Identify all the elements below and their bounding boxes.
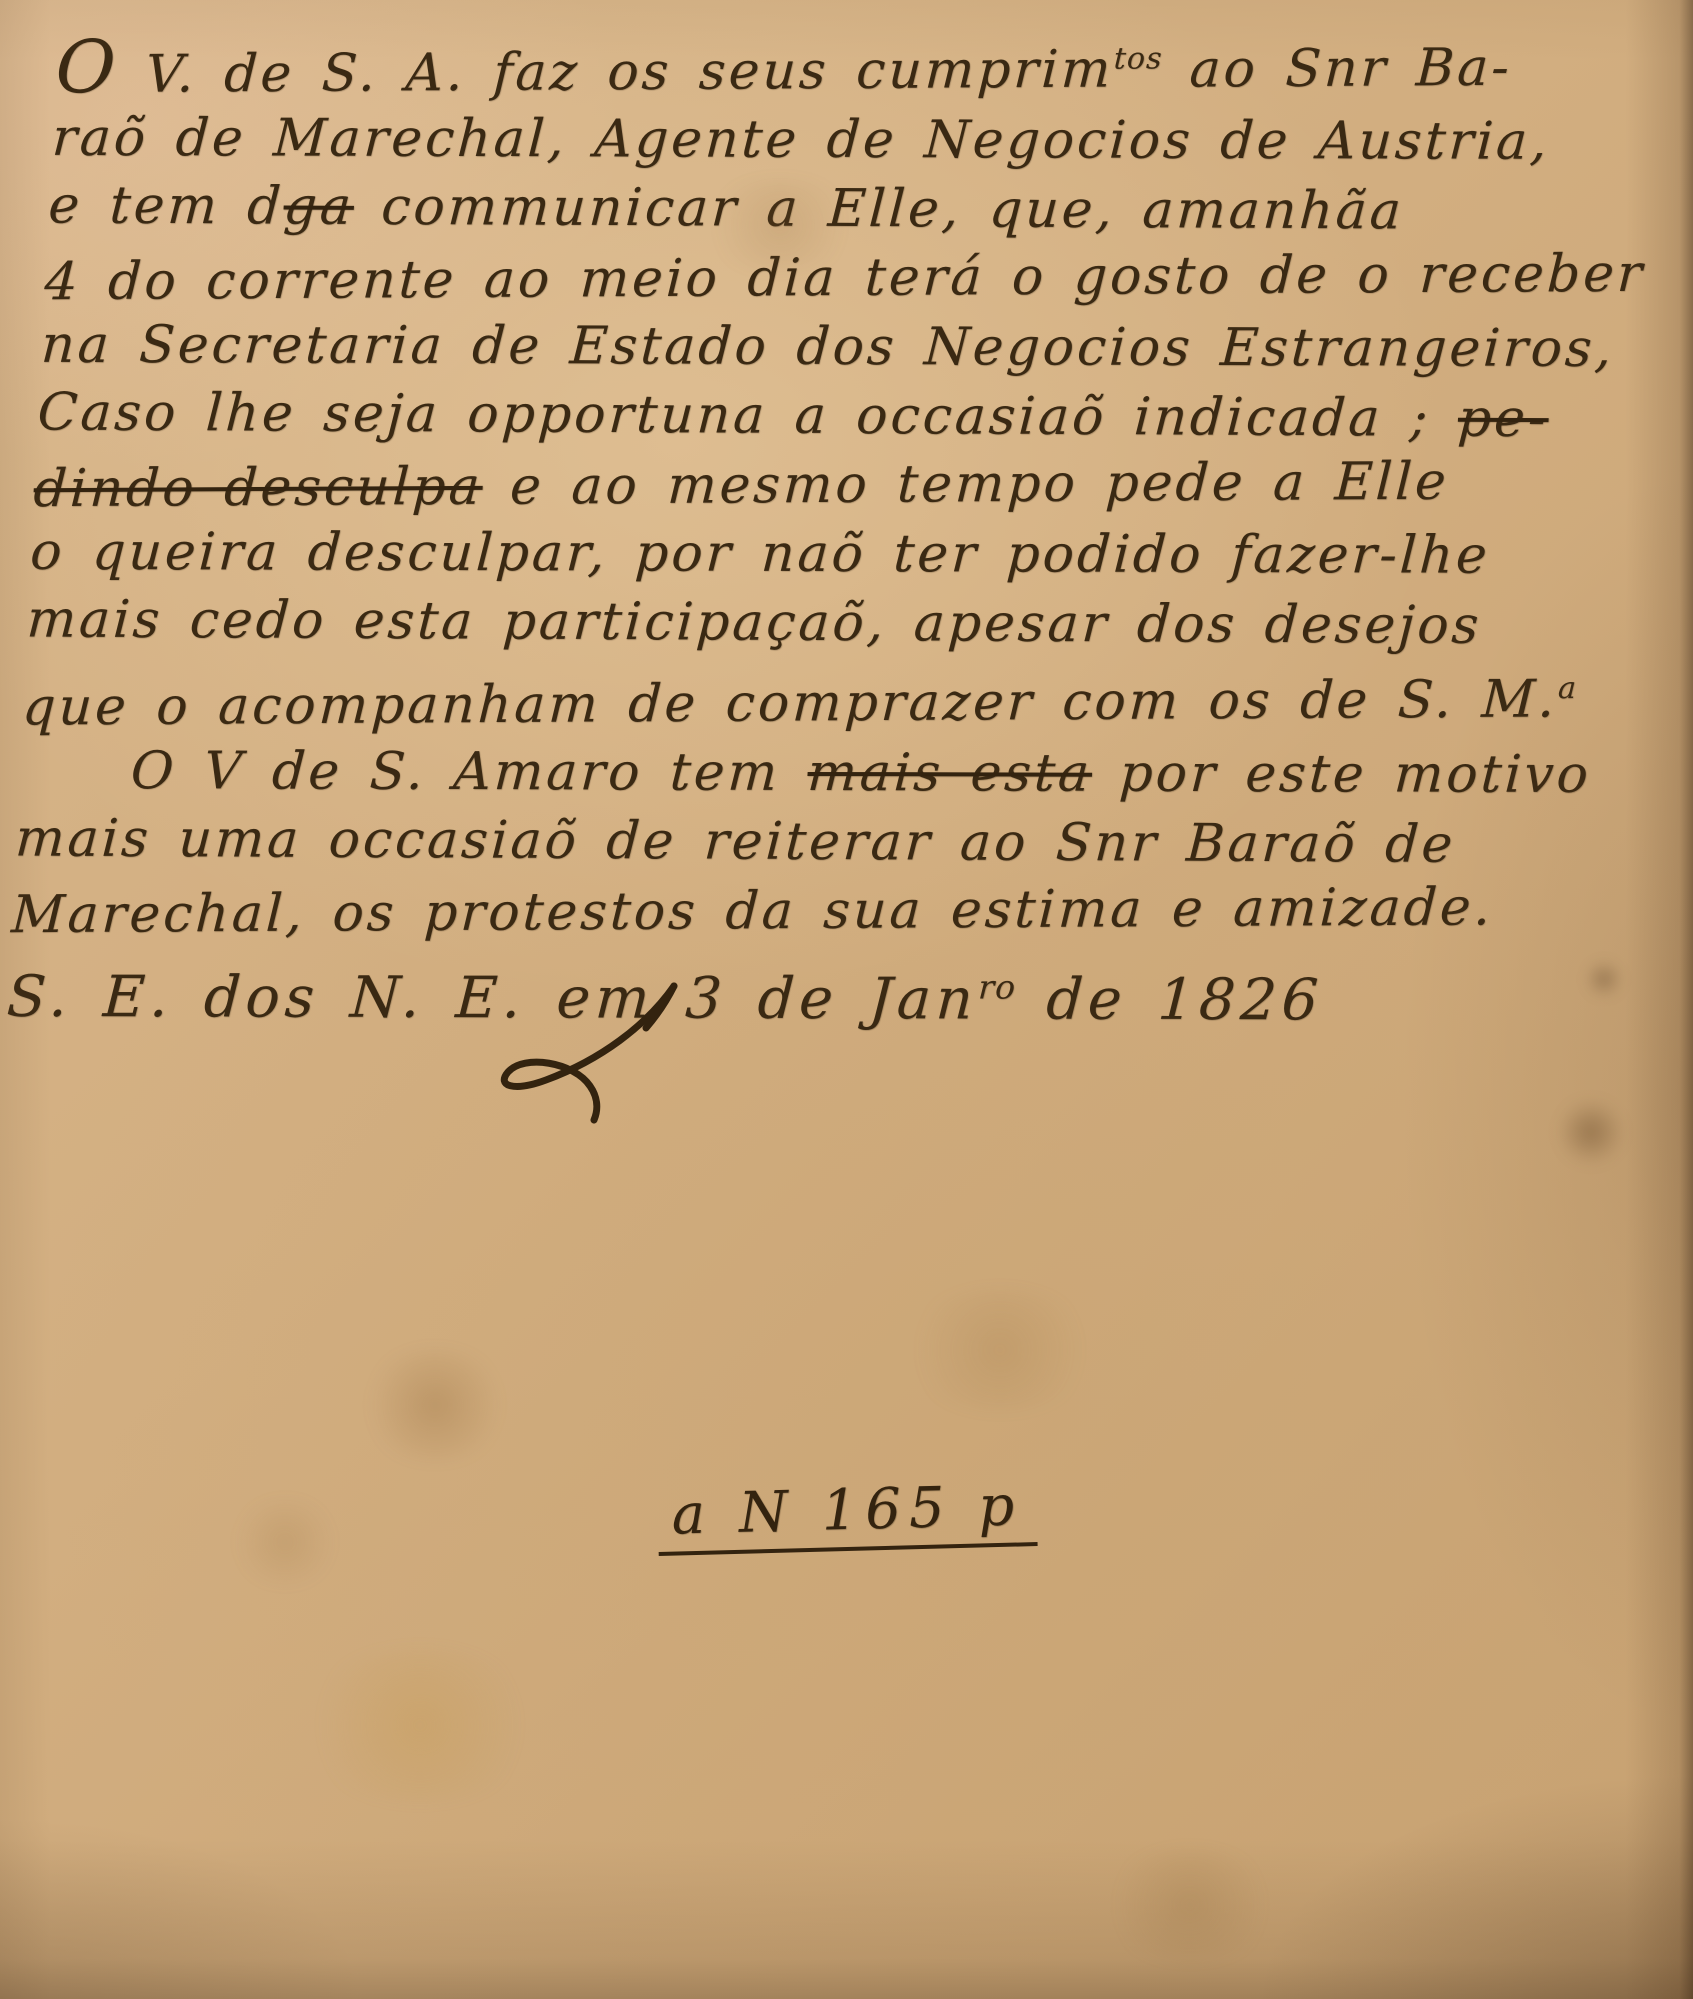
struck-text: ga: [282, 177, 356, 237]
manuscript-line: O V. de S. A. faz os seus cumprimtos ao …: [54, 22, 1659, 111]
text-segment: de 1826: [1014, 966, 1325, 1033]
text-segment: na Secretaria de Estado dos Negocios Est…: [40, 315, 1616, 379]
text-segment: mais uma occasiaõ de reiterar ao Snr Bar…: [14, 808, 1457, 874]
manuscript-text: O V. de S. A. faz os seus cumprimtos ao …: [5, 26, 1659, 1034]
paper-stain: [900, 1290, 1100, 1410]
manuscript-line: raõ de Marechal, Agente de Negocios de A…: [50, 104, 1655, 177]
manuscript-line: mais cedo esta participaçaõ, apesar dos …: [25, 586, 1630, 662]
manuscript-dateline: S. E. dos N. E. em 3 de Janro de 1826: [5, 950, 1610, 1036]
paper-stain: [1556, 1100, 1626, 1164]
struck-text: dindo desculpa: [32, 457, 484, 519]
text-segment: o queira desculpar, por naõ ter podido f…: [29, 522, 1492, 586]
manuscript-line: o queira desculpar, por naõ ter podido f…: [28, 518, 1633, 591]
manuscript-line: O V de S. Amaro tem mais esta por este m…: [17, 737, 1622, 810]
manuscript-line: 4 do corrente ao meio dia terá o gosto d…: [43, 240, 1648, 317]
text-segment: 4 do corrente ao meio dia terá o gosto d…: [43, 244, 1646, 312]
paper-stain: [230, 1500, 340, 1584]
manuscript-page: O V. de S. A. faz os seus cumprimtos ao …: [0, 0, 1693, 1999]
manuscript-line: que o acompanham de comprazer com os de …: [21, 654, 1626, 743]
paper-stain: [700, 180, 860, 270]
text-segment: ao Snr Ba-: [1161, 38, 1514, 100]
manuscript-line: na Secretaria de Estado dos Negocios Est…: [39, 311, 1644, 384]
manuscript-line: Caso lhe seja opportuna a occasiaõ indic…: [36, 379, 1641, 455]
text-segment: tos: [1113, 41, 1163, 76]
signature-flourish: [478, 980, 708, 1130]
text-segment: communicar a Elle, que, amanhãa: [352, 177, 1405, 242]
paper-stain: [360, 1350, 510, 1460]
text-segment: Caso lhe seja opportuna a occasiaõ indic…: [36, 383, 1460, 449]
text-segment: mais cedo esta participaçaõ, apesar dos …: [25, 590, 1483, 656]
struck-text: mais esta: [806, 743, 1094, 804]
paper-stain: [1586, 962, 1622, 996]
text-segment: ro: [977, 967, 1017, 1006]
text-segment: que o acompanham de comprazer com os de …: [21, 670, 1559, 738]
paper-stain: [300, 1650, 540, 1800]
text-segment: O V de S. Amaro tem: [129, 741, 809, 803]
struck-text: pe-: [1456, 389, 1550, 449]
text-segment: e ao mesmo tempo pede a Elle: [481, 452, 1450, 517]
text-segment: raõ de Marechal, Agente de Negocios de A…: [50, 108, 1551, 172]
manuscript-line: Marechal, os protestos da sua estima e a…: [10, 872, 1615, 949]
text-segment: O V. de S. A. faz os seus cumprim: [54, 40, 1115, 106]
text-segment: e tem d: [47, 176, 285, 237]
paper-stain: [1100, 1850, 1280, 1960]
manuscript-line: dindo desculpa e ao mesmo tempo pede a E…: [32, 447, 1637, 524]
text-segment: a: [1557, 671, 1578, 706]
docket-number: a N 165 p: [656, 1473, 1036, 1556]
manuscript-line: mais uma occasiaõ de reiterar ao Snr Bar…: [13, 804, 1618, 880]
text-segment: Marechal, os protestos da sua estima e a…: [10, 877, 1495, 945]
text-segment: por este motivo: [1090, 743, 1592, 804]
